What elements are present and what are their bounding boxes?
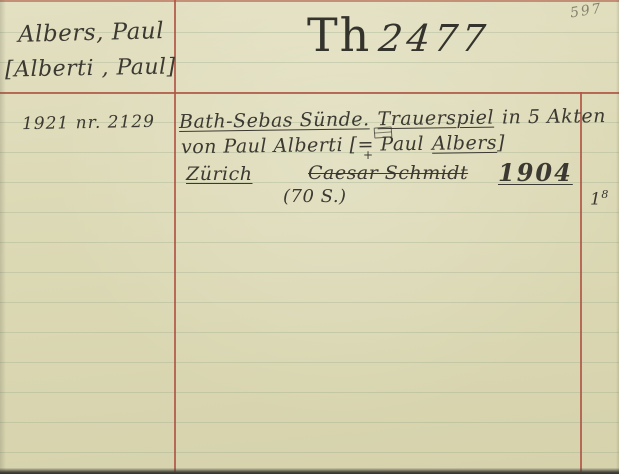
shelfmark-number: 2477	[377, 17, 492, 60]
heading-pseudonym-name: [Alberti , Paul]	[5, 55, 176, 83]
catalog-card: Albers, Paul [Alberti , Paul] Th 2477 59…	[0, 0, 619, 474]
imprint-publisher: Caesar Schmidt	[308, 162, 468, 184]
title-genre: Trauerspiel	[377, 107, 494, 131]
format-size-superscript: 8	[601, 188, 609, 201]
author-real-name: Albers	[432, 132, 497, 155]
insertion-caret-mark: +	[363, 148, 373, 162]
shelfmark: Th 2477	[307, 8, 489, 62]
title-line: Bath-Sebas Sünde.Trauerspielin 5 Akten	[179, 105, 606, 133]
red-rule-top-edge	[0, 0, 619, 2]
imprint-year: 1904	[498, 158, 573, 187]
pencil-folio-number: 597	[569, 1, 604, 22]
red-rule-horizontal	[0, 92, 619, 94]
scan-edge-bottom-shadow	[0, 468, 619, 474]
shelfmark-prefix: Th	[307, 8, 371, 62]
title-keyword: Bath-Sebas Sünde.	[179, 108, 370, 133]
imprint-place: Zürich	[186, 163, 252, 185]
red-rule-vertical-right	[580, 92, 582, 474]
insertion-annotation-box	[374, 126, 393, 138]
format-note: 18	[590, 188, 609, 210]
scan-edge-left-shadow	[0, 0, 6, 474]
author-line: von Paul Alberti [= PaulAlbers]	[181, 132, 505, 159]
accession-number: 1921 nr. 2129	[22, 112, 155, 134]
format-volume-count: 1	[590, 190, 601, 210]
heading-author-name: Albers, Paul	[18, 18, 165, 48]
pagination-note: (70 S.)	[283, 186, 347, 207]
author-bracket-close: ]	[497, 132, 505, 154]
title-rest: in 5 Akten	[502, 105, 606, 128]
